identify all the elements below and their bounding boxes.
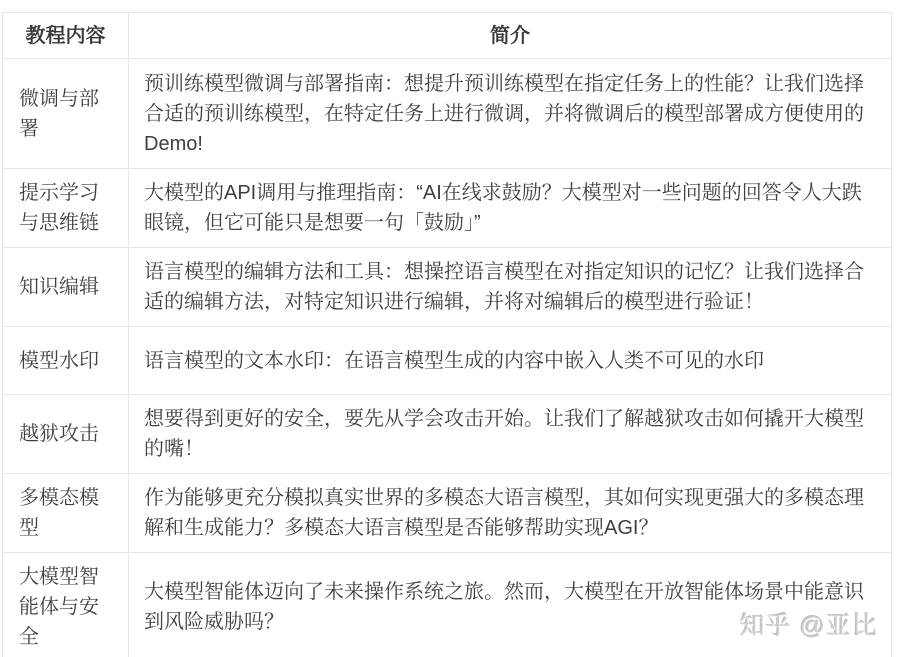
- intro-cell: 语言模型的编辑方法和工具：想操控语言模型在对指定知识的记忆？让我们选择合适的编辑…: [129, 248, 892, 327]
- table-row: 多模态模型 作为能够更充分模拟真实世界的多模态大语言模型，其如何实现更强大的多模…: [3, 474, 892, 553]
- header-row: 教程内容 简介: [3, 13, 892, 59]
- intro-cell: 语言模型的文本水印：在语言模型生成的内容中嵌入人类不可见的水印: [129, 327, 892, 395]
- zhihu-watermark: 知乎 @亚比: [740, 606, 878, 642]
- intro-cell: 想要得到更好的安全，要先从学会攻击开始。让我们了解越狱攻击如何撬开大模型的嘴！: [129, 395, 892, 474]
- tutorial-table: 教程内容 简介 微调与部署 预训练模型微调与部署指南：想提升预训练模型在指定任务…: [2, 12, 892, 657]
- intro-cell: 大模型的API调用与推理指南：“AI在线求鼓励？大模型对一些问题的回答令人大跌眼…: [129, 169, 892, 248]
- topic-cell: 提示学习与思维链: [3, 169, 129, 248]
- table-row: 微调与部署 预训练模型微调与部署指南：想提升预训练模型在指定任务上的性能？让我们…: [3, 59, 892, 169]
- table-row: 越狱攻击 想要得到更好的安全，要先从学会攻击开始。让我们了解越狱攻击如何撬开大模…: [3, 395, 892, 474]
- topic-cell: 越狱攻击: [3, 395, 129, 474]
- topic-cell: 微调与部署: [3, 59, 129, 169]
- topic-cell: 多模态模型: [3, 474, 129, 553]
- topic-cell: 大模型智能体与安全: [3, 553, 129, 657]
- topic-cell: 模型水印: [3, 327, 129, 395]
- header-intro: 简介: [129, 13, 892, 59]
- header-tutorial-content: 教程内容: [3, 13, 129, 59]
- table-row: 提示学习与思维链 大模型的API调用与推理指南：“AI在线求鼓励？大模型对一些问…: [3, 169, 892, 248]
- intro-cell: 预训练模型微调与部署指南：想提升预训练模型在指定任务上的性能？让我们选择合适的预…: [129, 59, 892, 169]
- table-row: 模型水印 语言模型的文本水印：在语言模型生成的内容中嵌入人类不可见的水印: [3, 327, 892, 395]
- intro-cell: 作为能够更充分模拟真实世界的多模态大语言模型，其如何实现更强大的多模态理解和生成…: [129, 474, 892, 553]
- topic-cell: 知识编辑: [3, 248, 129, 327]
- table-row: 知识编辑 语言模型的编辑方法和工具：想操控语言模型在对指定知识的记忆？让我们选择…: [3, 248, 892, 327]
